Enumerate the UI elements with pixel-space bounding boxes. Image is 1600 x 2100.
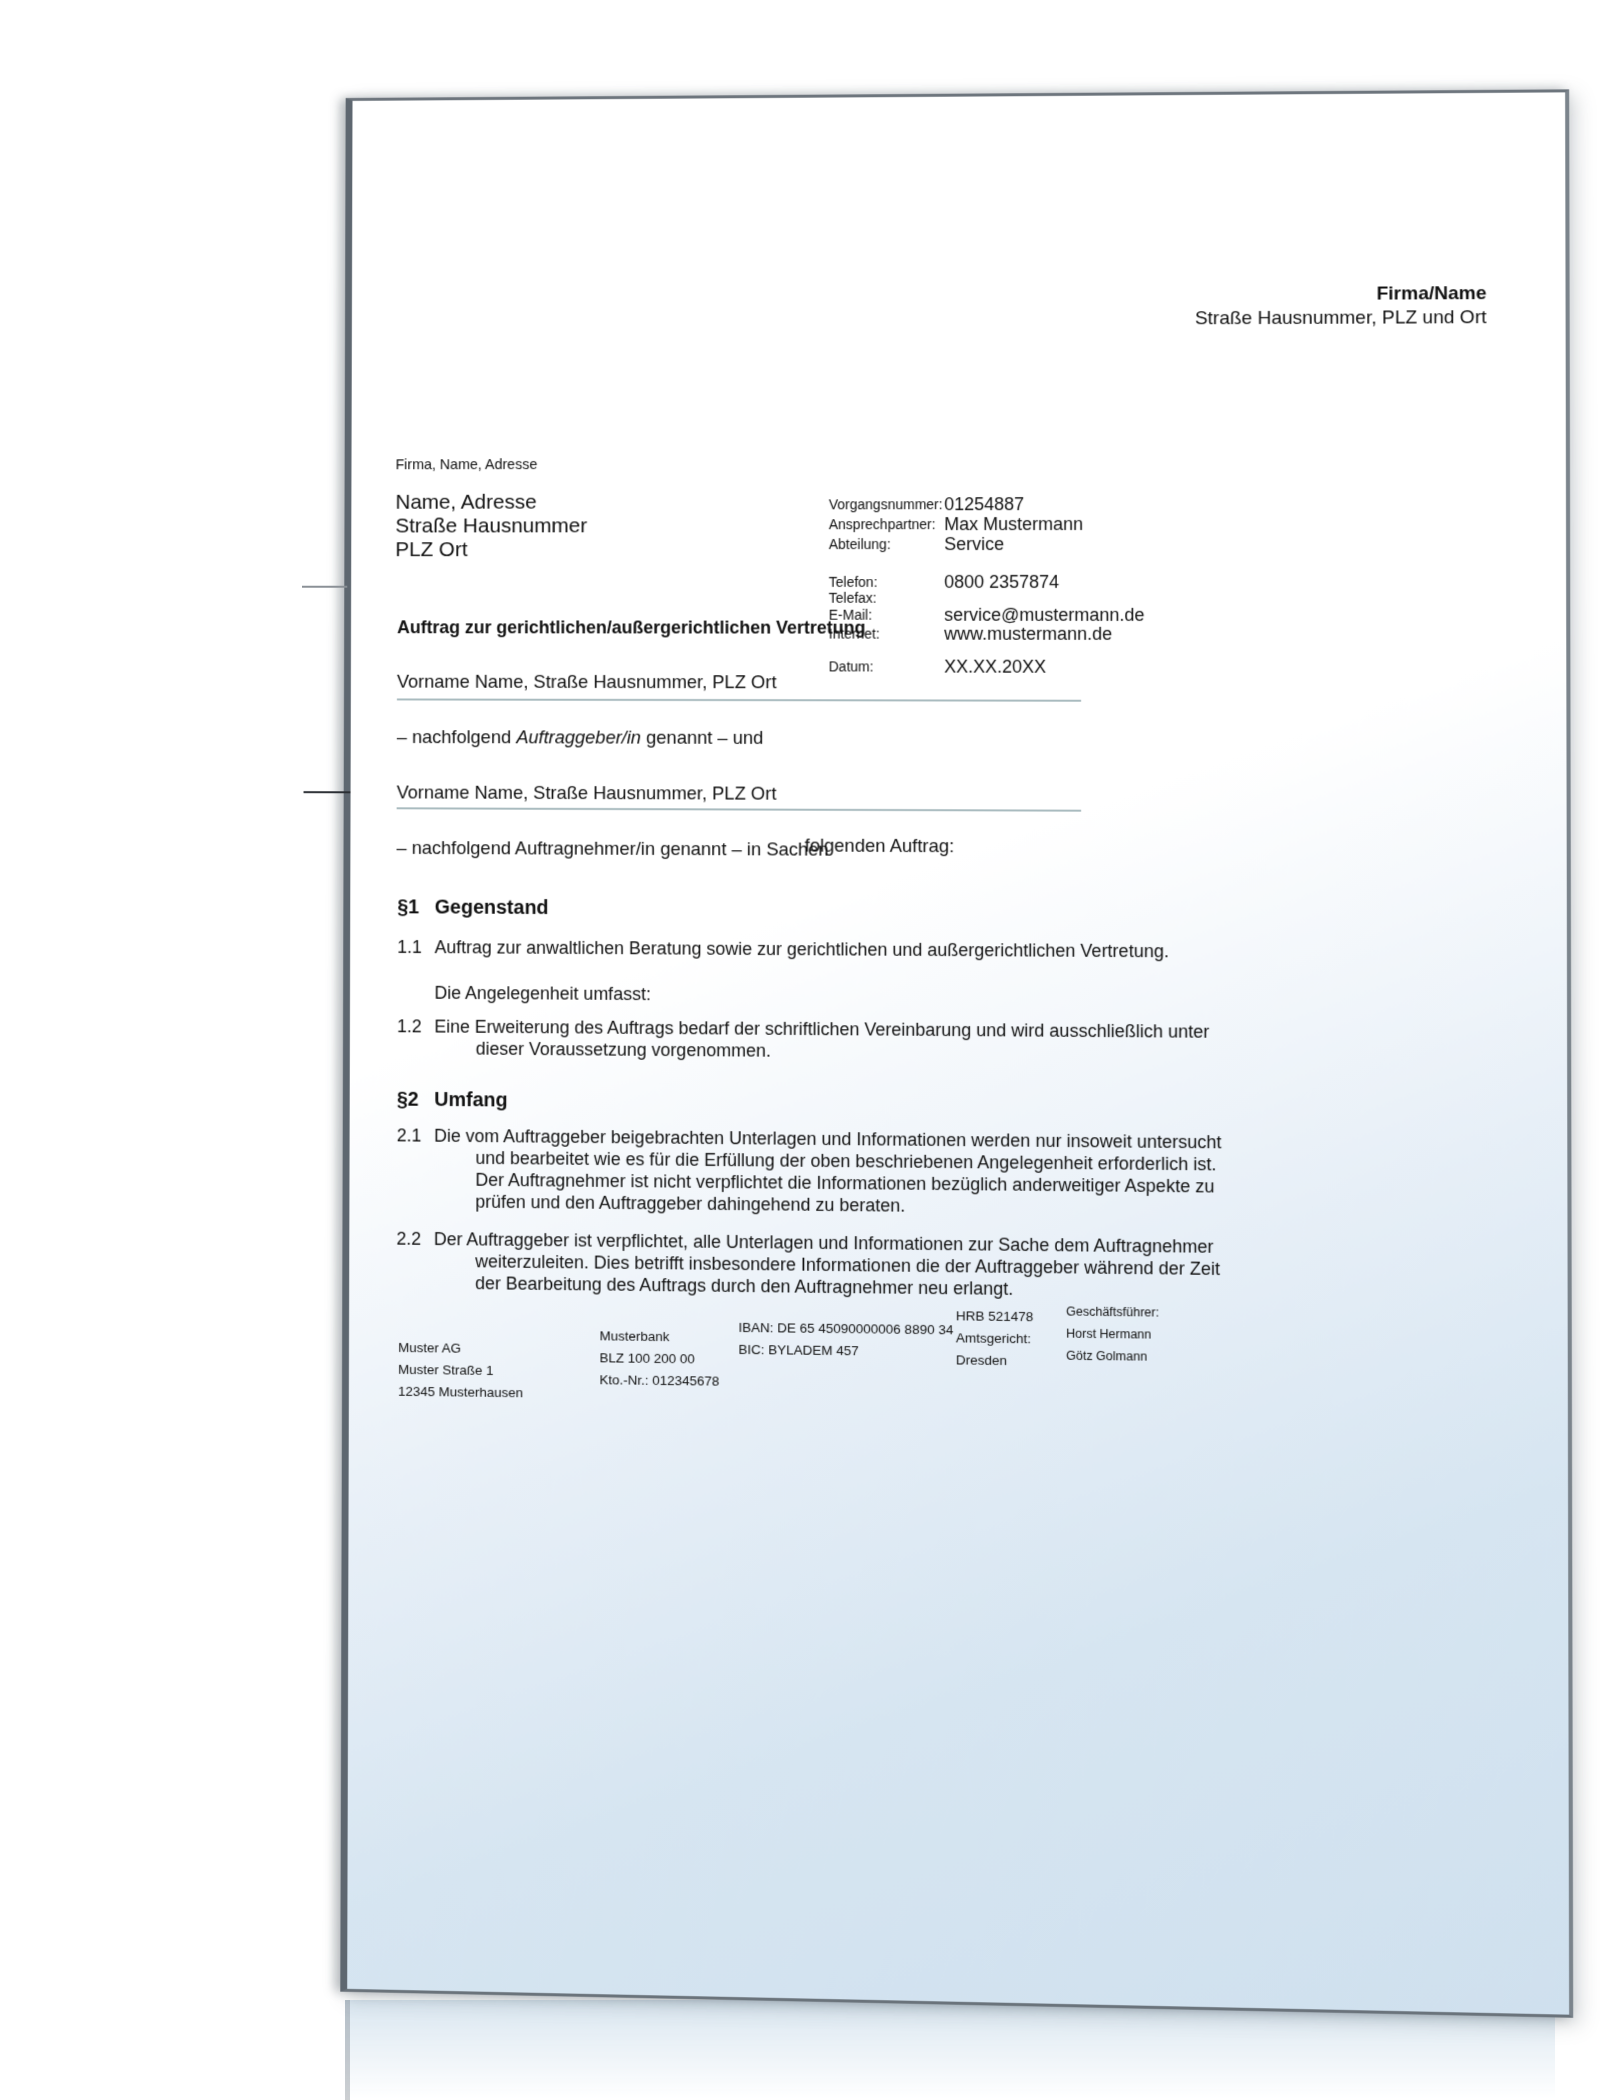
page-reflection: [345, 2000, 1555, 2100]
sender-name: Firma/Name: [1377, 283, 1487, 305]
info-label: Telefon:: [829, 574, 878, 590]
info-value: Service: [944, 534, 1004, 555]
footer-line: Muster Straße 1: [398, 1359, 523, 1382]
footer-line: Dresden: [956, 1349, 1033, 1372]
sender-address: Straße Hausnummer, PLZ und Ort: [1195, 307, 1487, 330]
info-value: XX.XX.20XX: [944, 657, 1046, 678]
paragraph: 1.2Eine Erweiterung des Auftrags bedarf …: [397, 1015, 1209, 1065]
footer-line: Musterbank: [600, 1325, 720, 1348]
footer-company: Muster AG Muster Straße 1 12345 Musterha…: [398, 1337, 523, 1404]
recipient-address: Name, Adresse Straße Hausnummer PLZ Ort: [395, 491, 587, 562]
footer-line: HRB 521478: [956, 1305, 1033, 1328]
paragraph: 2.1Die vom Auftraggeber beigebrachten Un…: [397, 1124, 1222, 1219]
paragraph-number: 2.2: [396, 1228, 433, 1250]
footer-bank: Musterbank BLZ 100 200 00 Kto.-Nr.: 0123…: [599, 1325, 719, 1392]
fold-mark: [302, 586, 347, 587]
footer-line: BIC: BYLADEM 457: [738, 1339, 953, 1363]
recipient-line: Name, Adresse: [395, 491, 587, 515]
party2-role: – nachfolgend Auftragnehmer/in genannt –…: [397, 837, 829, 861]
footer-management: Geschäftsführer: Horst Hermann Götz Golm…: [1066, 1300, 1159, 1367]
return-address: Firma, Name, Adresse: [396, 457, 538, 473]
info-value: service@mustermann.de: [944, 605, 1144, 626]
info-value: www.mustermann.de: [944, 624, 1112, 645]
footer-line: Amtsgericht:: [956, 1327, 1033, 1350]
footer-iban: IBAN: DE 65 45090000006 8890 34 BIC: BYL…: [738, 1317, 953, 1363]
party2-role-tail: folgenden Auftrag:: [805, 835, 955, 858]
footer-line: Muster AG: [398, 1337, 523, 1360]
info-label: Ansprechpartner:: [829, 516, 936, 532]
document-title: Auftrag zur gerichtlichen/außergerichtli…: [397, 617, 866, 638]
info-value: Max Mustermann: [944, 514, 1083, 535]
info-label: Datum:: [829, 658, 874, 674]
footer-line: IBAN: DE 65 45090000006 8890 34: [738, 1317, 953, 1341]
party2-field: Vorname Name, Straße Hausnummer, PLZ Ort: [397, 782, 777, 805]
info-value: 01254887: [944, 494, 1024, 515]
footer-line: Horst Hermann: [1066, 1323, 1159, 1346]
footer-line: Götz Golmann: [1066, 1345, 1159, 1368]
document-preview: Firma/Name Straße Hausnummer, PLZ und Or…: [0, 0, 1600, 2100]
party1-underline: [397, 698, 1081, 701]
footer-line: BLZ 100 200 00: [600, 1347, 720, 1370]
footer-line: Geschäftsführer:: [1066, 1300, 1159, 1323]
paragraph-number: 1.1: [397, 936, 434, 958]
paragraph-text: Die Angelegenheit umfasst:: [397, 983, 651, 1004]
paragraph-number: 2.1: [397, 1124, 434, 1146]
footer-line: Kto.-Nr.: 012345678: [599, 1369, 719, 1392]
recipient-line: Straße Hausnummer: [395, 514, 587, 538]
paragraph-text: Auftrag zur anwaltlichen Beratung sowie …: [435, 937, 1169, 961]
info-label: Abteilung:: [829, 536, 891, 552]
footer-register: HRB 521478 Amtsgericht: Dresden: [956, 1305, 1033, 1372]
section-heading: §1Gegenstand: [397, 896, 548, 920]
fold-mark: [304, 791, 351, 793]
paragraph: Die Angelegenheit umfasst:: [397, 982, 651, 1005]
section-title: Umfang: [434, 1089, 507, 1111]
role-italic: Auftraggeber/in: [516, 726, 641, 747]
letter-footer: Muster AG Muster Straße 1 12345 Musterha…: [398, 1337, 1397, 1439]
letter-page: Firma/Name Straße Hausnummer, PLZ und Or…: [340, 89, 1573, 2017]
section-number: §1: [397, 896, 434, 919]
section-heading: §2Umfang: [397, 1089, 508, 1113]
party2-underline: [397, 807, 1081, 811]
recipient-line: PLZ Ort: [395, 538, 587, 562]
section-title: Gegenstand: [435, 897, 549, 919]
party1-field: Vorname Name, Straße Hausnummer, PLZ Ort: [397, 671, 777, 693]
info-label: Vorgangsnummer:: [829, 496, 943, 512]
section-number: §2: [397, 1089, 434, 1112]
paragraph-number: 1.2: [397, 1015, 434, 1037]
info-value: 0800 2357874: [944, 572, 1059, 593]
paragraph: 1.1Auftrag zur anwaltlichen Beratung sow…: [397, 936, 1169, 962]
role-prefix: – nachfolgend: [397, 726, 516, 747]
info-label: Telefax:: [829, 590, 877, 606]
role-suffix: genannt – und: [641, 727, 763, 748]
party1-role: – nachfolgend Auftraggeber/in genannt – …: [397, 726, 764, 749]
footer-line: 12345 Musterhausen: [398, 1381, 523, 1404]
paragraph: 2.2Der Auftraggeber ist verpflichtet, al…: [396, 1228, 1220, 1302]
